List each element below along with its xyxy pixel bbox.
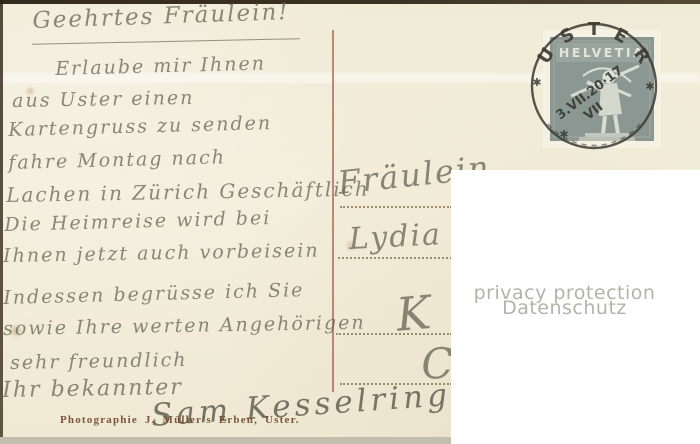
message-line: Indessen begrüsse ich Sie xyxy=(3,279,305,309)
message-line: sowie Ihre werten Angehörigen xyxy=(3,312,366,340)
message-line: Kartengruss zu senden xyxy=(8,112,272,141)
address-dotted-line xyxy=(340,206,452,208)
foxing-spot xyxy=(8,324,24,338)
address-dotted-line xyxy=(336,333,452,335)
address-dotted-line xyxy=(338,257,452,259)
postmark-star-left: ✱ xyxy=(532,76,541,89)
message-line: Lachen in Zürich Geschäftlich xyxy=(6,177,370,207)
address-dotted-line xyxy=(340,383,452,385)
privacy-overlay: privacy protection Datenschutz xyxy=(451,170,700,444)
message-line: sehr freundlich xyxy=(10,349,188,374)
foxing-spot xyxy=(344,240,358,252)
foxing-spot xyxy=(24,86,36,96)
message-line: aus Uster einen xyxy=(12,87,195,112)
message-greeting: Geehrtes Fräulein! xyxy=(32,0,290,34)
greeting-underline xyxy=(32,38,300,45)
uster-postmark: U S T E R ✱ ✱ ✱ 3.VII.20·17 VII xyxy=(524,14,664,160)
message-closing: Ihr bekannter xyxy=(2,375,183,403)
message-line: Die Heimreise wird bei xyxy=(4,207,272,236)
postmark-star-bottom: ✱ xyxy=(559,128,568,141)
card-edge-top xyxy=(0,0,700,4)
card-edge-bottom xyxy=(0,437,452,444)
message-line: Ihnen jetzt auch vorbeisein xyxy=(3,239,320,267)
postmark-town-letter: T xyxy=(588,19,601,40)
card-edge-left xyxy=(0,0,3,438)
address-divider-line xyxy=(332,30,334,392)
postmark-town-letter: R xyxy=(629,44,654,67)
postmark-star-right: ✱ xyxy=(645,80,654,93)
photographer-imprint: Photographie J. Müller's Erben, Uster. xyxy=(60,414,300,426)
postcard-scan: Geehrtes Fräulein! Erlaube mir Ihnen aus… xyxy=(0,0,700,444)
privacy-text-block: privacy protection Datenschutz xyxy=(474,286,656,316)
address-line-first: Lydia xyxy=(348,217,443,257)
postmark-town-letter: U xyxy=(534,44,560,68)
message-line: fahre Montag nach xyxy=(8,146,226,174)
